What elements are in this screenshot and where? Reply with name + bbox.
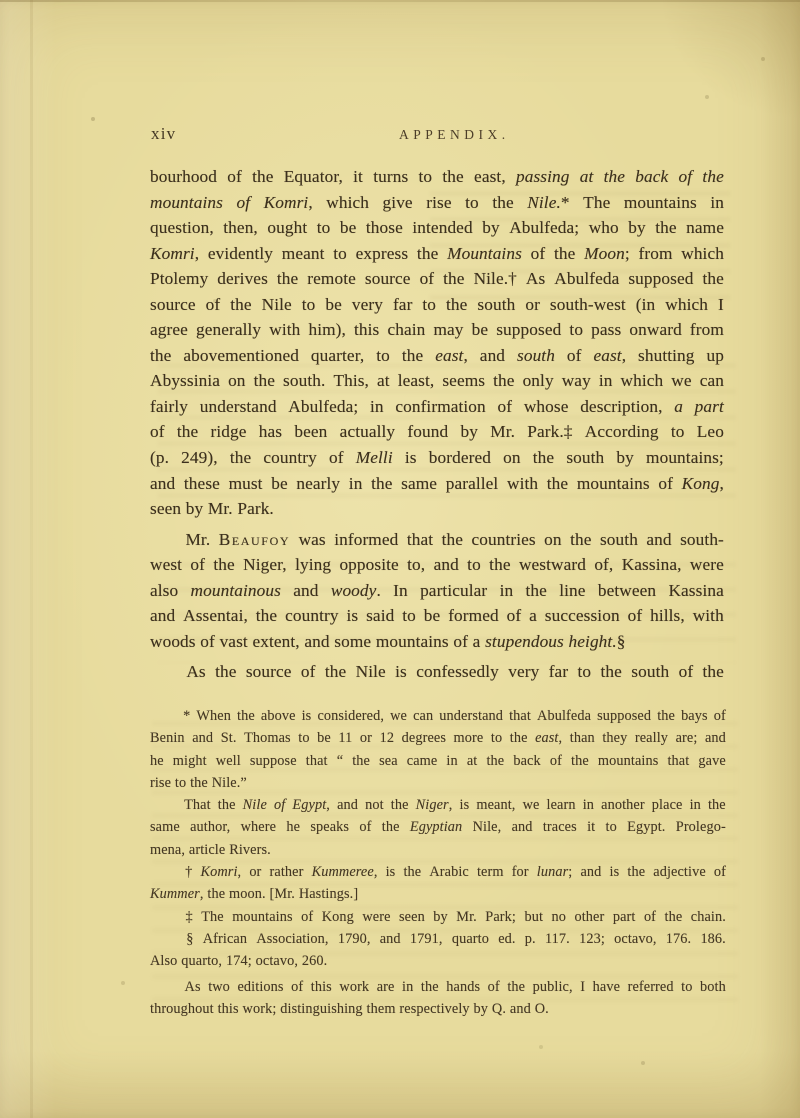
text-line: sourceoftheNiletobeveryfartothesouthorso… xyxy=(150,292,724,318)
text-line: Komri,evidentlymeanttoexpresstheMountain… xyxy=(150,241,724,267)
text-line: mountainsofKomri,whichgiverisetotheNile.… xyxy=(150,190,724,216)
text-line: andAssentai,thecountryissaidtobeformedof… xyxy=(150,603,724,629)
text-line: agreegenerallywithhim),thischainmaybesup… xyxy=(150,317,724,343)
text-line: AsthesourceoftheNileisconfessedlyveryfar… xyxy=(150,659,724,685)
paragraph: †Komri,orratherKummeree,istheArabictermf… xyxy=(150,861,726,906)
text-line: question,then,oughttobethoseintendedbyAb… xyxy=(150,215,724,241)
paper-specks xyxy=(0,0,2,2)
text-line: bourhoodoftheEquator,itturnstotheeast,pa… xyxy=(150,164,724,190)
main-text: bourhoodoftheEquator,itturnstotheeast,pa… xyxy=(150,164,724,685)
text-line: alsomountainousandwoody.Inparticularinth… xyxy=(150,578,724,604)
page-number: xiv xyxy=(151,124,176,144)
text-line: mena,articleRivers. xyxy=(150,839,726,861)
running-head: APPENDIX. xyxy=(399,127,510,143)
text-line: Abyssiniaonthesouth.This,atleast,seemsth… xyxy=(150,368,724,394)
text-line: risetotheNile.” xyxy=(150,772,726,794)
text-line: andthesemustbenearlyinthesameparallelwit… xyxy=(150,471,724,497)
text-line: theabovementionedquarter,totheeast,andso… xyxy=(150,343,724,369)
paragraph: bourhoodoftheEquator,itturnstotheeast,pa… xyxy=(150,164,724,522)
text-line: *Whentheaboveisconsidered,wecanunderstan… xyxy=(150,705,726,727)
footnote-section: *Whentheaboveisconsidered,wecanunderstan… xyxy=(150,705,726,1020)
text-line: Astwoeditionsofthisworkareinthehandsofth… xyxy=(150,976,726,998)
text-line: westoftheNiger,lyingoppositeto,andtothew… xyxy=(150,552,724,578)
text-line: §AfricanAssociation,1790,and1791,quartoe… xyxy=(150,928,726,950)
text-line: Mr.Beaufoywasinformedthatthecountriesont… xyxy=(150,527,724,553)
text-line: ThattheNileofEgypt,andnottheNiger,ismean… xyxy=(150,794,726,816)
text-line: sameauthor,wherehespeaksoftheEgyptianNil… xyxy=(150,816,726,838)
paper-corner-shading xyxy=(660,0,800,120)
paragraph: §AfricanAssociation,1790,and1791,quartoe… xyxy=(150,928,726,973)
text-line: ‡ThemountainsofKongwereseenbyMr.Park;but… xyxy=(150,906,726,928)
text-line: hemightwellsupposethat“theseacameinatthe… xyxy=(150,750,726,772)
text-line: woodsofvastextent,andsomemountainsofastu… xyxy=(150,629,724,655)
text-line: †Komri,orratherKummeree,istheArabictermf… xyxy=(150,861,726,883)
text-line: PtolemyderivestheremotesourceoftheNile.†… xyxy=(150,266,724,292)
paragraph: Mr.Beaufoywasinformedthatthecountriesont… xyxy=(150,527,724,655)
text-line: throughoutthiswork;distinguishingthemres… xyxy=(150,998,726,1020)
paragraph: ThattheNileofEgypt,andnottheNiger,ismean… xyxy=(150,794,726,861)
text-line: (p.249),thecountryofMelliisborderedonthe… xyxy=(150,445,724,471)
paragraph: AsthesourceoftheNileisconfessedlyveryfar… xyxy=(150,659,724,685)
text-line: oftheridgehasbeenactuallyfoundbyMr.Park.… xyxy=(150,419,724,445)
paper-crease xyxy=(30,0,33,1118)
paragraph: Astwoeditionsofthisworkareinthehandsofth… xyxy=(150,976,726,1021)
scan-edge-line xyxy=(0,0,800,2)
paragraph: ‡ThemountainsofKongwereseenbyMr.Park;but… xyxy=(150,906,726,928)
text-line: Kummer,themoon.[Mr.Hastings.] xyxy=(150,883,726,905)
text-line: seenbyMr.Park. xyxy=(150,496,724,522)
book-page: xiv APPENDIX. bourhoodoftheEquator,ittur… xyxy=(0,0,800,1118)
text-line: fairlyunderstandAbulfeda;inconfirmationo… xyxy=(150,394,724,420)
text-line: BeninandSt.Thomastobe11or12degreesmoreto… xyxy=(150,727,726,749)
paragraph: *Whentheaboveisconsidered,wecanunderstan… xyxy=(150,705,726,794)
text-line: Alsoquarto,174;octavo,260. xyxy=(150,950,726,972)
